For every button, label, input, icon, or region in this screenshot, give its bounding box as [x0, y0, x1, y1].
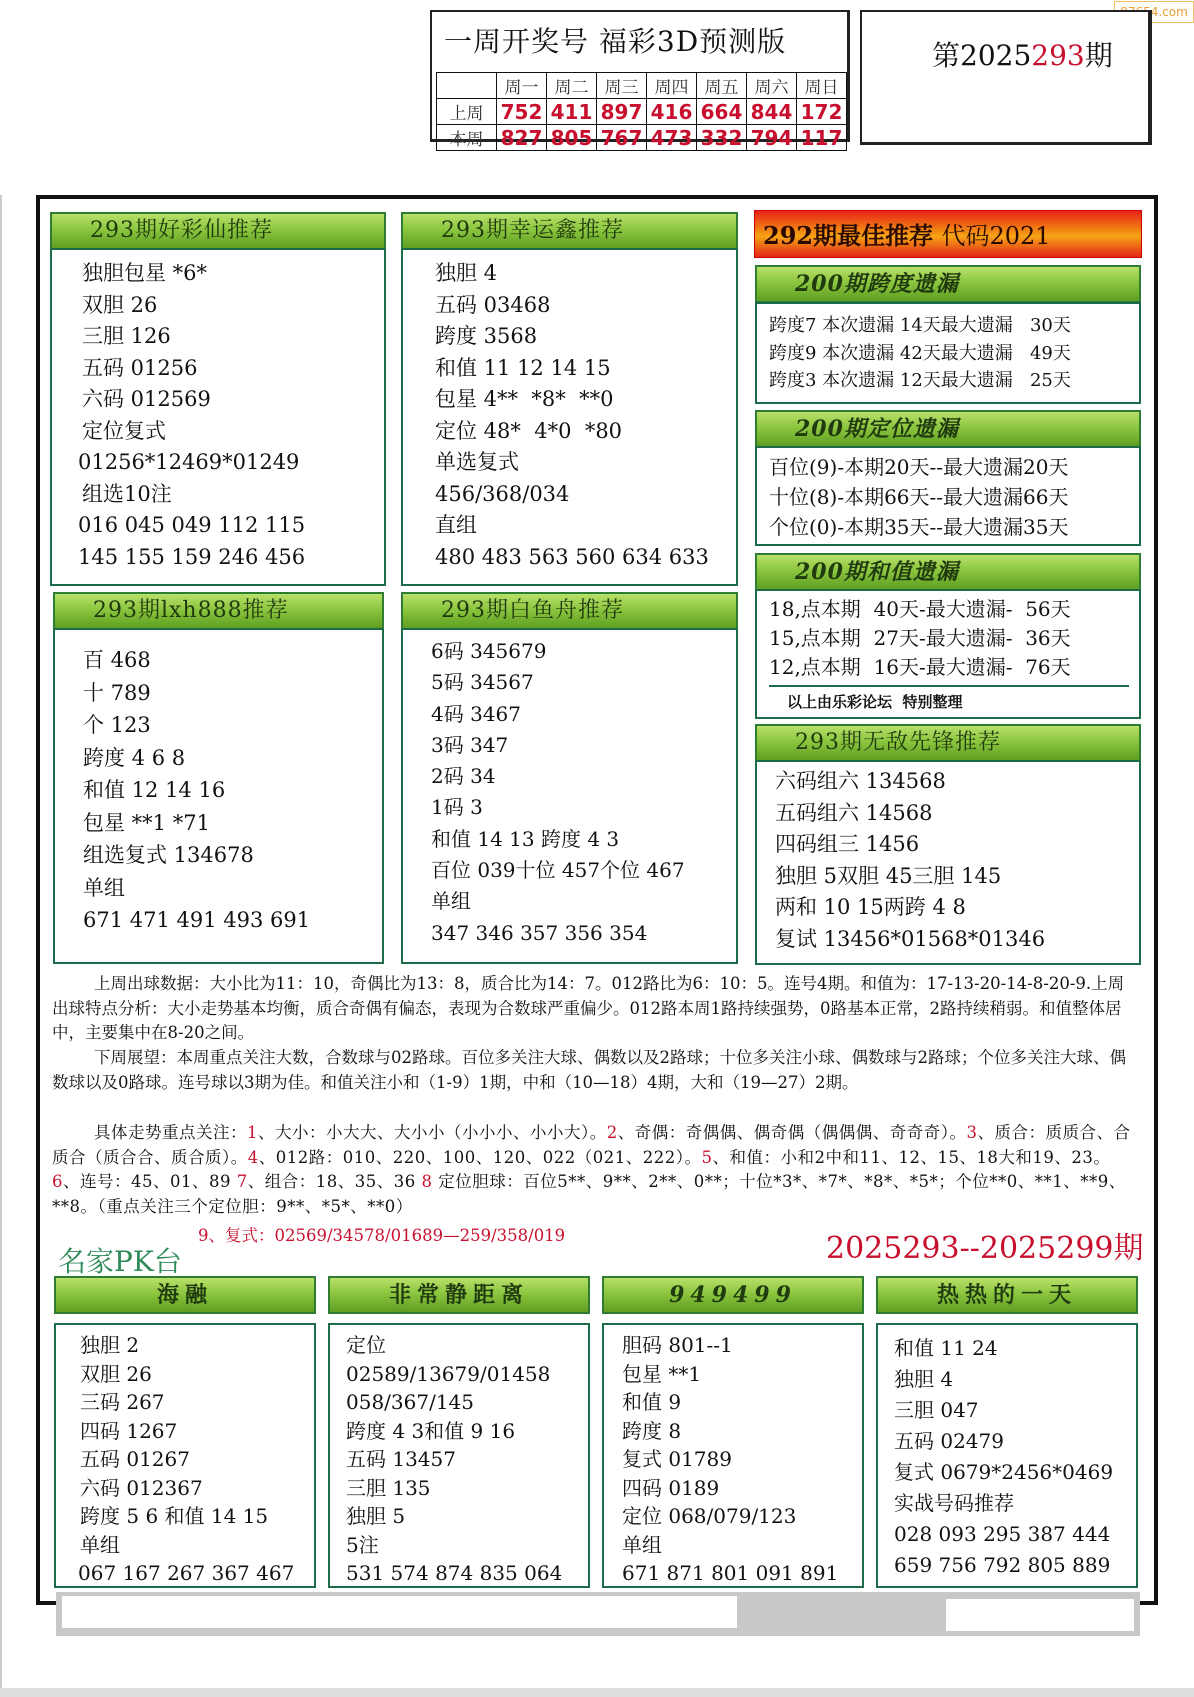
- rec-line: 实战号码推荐: [894, 1488, 1120, 1519]
- pk-expert-body: 独胆 2 双胆 26 三码 267 四码 1267 五码 01267 六码 01…: [54, 1323, 316, 1588]
- day-cell: 周六: [747, 73, 797, 99]
- rec-line: 跨度 3568: [435, 321, 712, 353]
- rec-line: 双胆 26: [82, 290, 360, 322]
- rec-line: 四码 0189: [622, 1474, 844, 1503]
- rec-line: 六码组六 134568: [775, 766, 1121, 798]
- panel-lxh888-header: 293期lxh888推荐: [53, 592, 384, 630]
- analysis-last-week: 上周出球数据：大小比为11：10，奇偶比为13：8，质合比为14：7。012路比…: [52, 972, 1132, 1046]
- rec-line: 三码 267: [80, 1388, 290, 1417]
- rec-line: 百位 039十位 457个位 467: [431, 855, 708, 886]
- row-label: 上周: [437, 99, 497, 125]
- draw-number: 473: [647, 125, 697, 151]
- draw-number: 172: [797, 99, 847, 125]
- draw-number: 827: [497, 125, 547, 151]
- issue-suffix: 期: [1085, 39, 1113, 72]
- miss-line: 十位(8)-本期66天--最大遗漏66天: [769, 482, 1127, 512]
- focus-item-text: 、奇偶：奇偶偶、偶奇偶（偶偶偶、奇奇奇）。: [618, 1123, 967, 1142]
- footer-blank-right: [946, 1599, 1134, 1631]
- focus-item-text: 、连号：45、01、89: [63, 1172, 237, 1191]
- span-miss-body: 跨度7 本次遗漏 14天最大遗漏 30天 跨度9 本次遗漏 42天最大遗漏 49…: [755, 302, 1141, 404]
- draw-number: 411: [547, 99, 597, 125]
- rec-line: 定位复式: [82, 416, 360, 448]
- weekly-draw-box: 一周开奖号 福彩3D预测版 周一 周二 周三 周四 周五 周六 周日 上周 75…: [430, 10, 850, 142]
- focus-item-num: 2: [607, 1123, 618, 1142]
- rec-line: 671 471 491 493 691: [83, 904, 354, 937]
- rec-line: 跨度 4 6 8: [83, 742, 354, 775]
- day-cell: 周三: [597, 73, 647, 99]
- analysis-focus: 具体走势重点关注：1、大小：小大大、大小小（小小小、小小大）。2、奇偶：奇偶偶、…: [52, 1121, 1132, 1219]
- corner-cell: [437, 73, 497, 99]
- rec-line: 跨度 5 6 和值 14 15: [80, 1502, 290, 1531]
- rec-line: 3码 347: [431, 730, 708, 761]
- pos-miss-header: 200期定位遗漏: [755, 410, 1141, 448]
- rec-line: 671 871 801 091 891: [622, 1559, 844, 1588]
- page-bottom-edge: [0, 1688, 1194, 1697]
- rec-line: 独胆 5双胆 45三胆 145: [775, 861, 1121, 893]
- day-cell: 周二: [547, 73, 597, 99]
- draw-number: 117: [797, 125, 847, 151]
- panel-wudi-body: 六码组六 134568 五码组六 14568 四码组三 1456 独胆 5双胆 …: [755, 760, 1141, 965]
- miss-line: 跨度3 本次遗漏 12天最大遗漏 25天: [769, 367, 1127, 395]
- panel-lxh888-body: 百 468 十 789 个 123 跨度 4 6 8 和值 12 14 16 包…: [53, 628, 384, 964]
- rec-line: 个 123: [83, 709, 354, 742]
- pk-expert-body: 胆码 801--1 包星 **1 和值 9 跨度 8 复式 01789 四码 0…: [602, 1323, 864, 1588]
- focus-item-num: 7: [237, 1172, 248, 1191]
- rec-line: 347 346 357 356 354: [431, 918, 708, 949]
- rec-line: 028 093 295 387 444: [894, 1519, 1120, 1550]
- draw-number: 752: [497, 99, 547, 125]
- focus-item-text: 、和值：小和2中和11、12、15、18大和19、23。: [712, 1148, 1110, 1167]
- focus-item-num: 6: [52, 1172, 63, 1191]
- rec-line: 包星 **1 *71: [83, 807, 354, 840]
- rec-line: 145 155 159 246 456: [78, 542, 360, 574]
- rec-line: 五码 02479: [894, 1426, 1120, 1457]
- rec-line: 三胆 135: [346, 1474, 572, 1503]
- fushi-line: 9、复式：02569/34578/01689—259/358/019: [198, 1222, 565, 1246]
- focus-item-text: 、012路：010、220、100、120、022（021、222）。: [259, 1148, 702, 1167]
- best-recommend-title: 292期最佳推荐: [763, 221, 933, 250]
- rec-line: 和值 11 12 14 15: [435, 353, 712, 385]
- footer-blank-left: [62, 1596, 737, 1628]
- rec-line: 6码 345679: [431, 636, 708, 667]
- rec-line: 胆码 801--1: [622, 1331, 844, 1360]
- rec-line: 三胆 126: [82, 321, 360, 353]
- pk-section-title: 名家PK台: [58, 1240, 182, 1280]
- rec-line: 和值 9: [622, 1388, 844, 1417]
- rec-line: 定位 068/079/123: [622, 1502, 844, 1531]
- period-range: 2025293--2025299期: [826, 1223, 1144, 1267]
- rec-line: 5码 34567: [431, 667, 708, 698]
- weekly-draw-table: 周一 周二 周三 周四 周五 周六 周日 上周 752 411 897 416 …: [436, 72, 847, 151]
- issue-number: 293: [1031, 39, 1084, 72]
- miss-line: 跨度9 本次遗漏 42天最大遗漏 49天: [769, 340, 1127, 368]
- rec-line: 和值 14 13 跨度 4 3: [431, 824, 708, 855]
- rec-line: 三胆 047: [894, 1395, 1120, 1426]
- rec-line: 五码 01267: [80, 1445, 290, 1474]
- panel-haocaixian-body: 独胆包星 *6* 双胆 26 三胆 126 五码 01256 六码 012569…: [50, 248, 386, 586]
- pk-expert-body: 和值 11 24 独胆 4 三胆 047 五码 02479 复式 0679*24…: [876, 1323, 1138, 1588]
- panel-xingyunxin-body: 独胆 4 五码 03468 跨度 3568 和值 11 12 14 15 包星 …: [401, 248, 738, 586]
- rec-line: 五码组六 14568: [775, 798, 1121, 830]
- best-recommend-header: 292期最佳推荐 代码2021: [754, 210, 1142, 258]
- miss-line: 跨度7 本次遗漏 14天最大遗漏 30天: [769, 312, 1127, 340]
- rec-line: 480 483 563 560 634 633: [435, 542, 712, 574]
- rec-line: 六码 012367: [80, 1474, 290, 1503]
- last-week-row: 上周 752 411 897 416 664 844 172: [437, 99, 847, 125]
- day-cell: 周日: [797, 73, 847, 99]
- rec-line: 复试 13456*01568*01346: [775, 924, 1121, 956]
- rec-line: 双胆 26: [80, 1360, 290, 1389]
- rec-line: 复式 01789: [622, 1445, 844, 1474]
- rec-line: 1码 3: [431, 792, 708, 823]
- day-cell: 周四: [647, 73, 697, 99]
- panel-baiyuzhou-body: 6码 345679 5码 34567 4码 3467 3码 347 2码 34 …: [401, 628, 738, 964]
- header-title: 一周开奖号 福彩3D预测版: [444, 20, 786, 60]
- rec-line: 016 045 049 112 115: [78, 510, 360, 542]
- focus-item-num: 4: [248, 1148, 259, 1167]
- rec-line: 058/367/145: [346, 1388, 572, 1417]
- focus-item-num: 1: [247, 1123, 258, 1142]
- rec-line: 5注: [346, 1531, 572, 1560]
- rec-line: 独胆 2: [80, 1331, 290, 1360]
- draw-number: 416: [647, 99, 697, 125]
- row-label: 本周: [437, 125, 497, 151]
- divider: [769, 685, 1129, 687]
- issue-prefix: 第2025: [932, 39, 1031, 72]
- panel-wudi-header: 293期无敌先锋推荐: [755, 724, 1141, 762]
- this-week-row: 本周 827 805 767 473 332 794 117: [437, 125, 847, 151]
- rec-line: 五码 03468: [435, 290, 712, 322]
- credit-note: 以上由乐彩论坛 特别整理: [769, 691, 1127, 712]
- rec-line: 独胆 4: [894, 1364, 1120, 1395]
- rec-line: 四码 1267: [80, 1417, 290, 1446]
- rec-line: 单组: [431, 886, 708, 917]
- miss-line: 12,点本期 16天-最大遗漏- 76天: [769, 653, 1127, 682]
- best-recommend-code: 代码2021: [941, 222, 1050, 250]
- rec-line: 531 574 874 835 064: [346, 1559, 572, 1588]
- rec-line: 包星 4** *8* **0: [435, 384, 712, 416]
- focus-item-num: 3: [967, 1123, 978, 1142]
- draw-number: 805: [547, 125, 597, 151]
- miss-line: 百位(9)-本期20天--最大遗漏20天: [769, 452, 1127, 482]
- rec-line: 定位 48* 4*0 *80: [435, 416, 712, 448]
- pk-expert-header: 949499: [602, 1276, 864, 1314]
- rec-line: 和值 12 14 16: [83, 774, 354, 807]
- rec-line: 五码 01256: [82, 353, 360, 385]
- draw-number: 897: [597, 99, 647, 125]
- draw-number: 794: [747, 125, 797, 151]
- pk-expert-body: 定位 02589/13679/01458 058/367/145 跨度 4 3和…: [328, 1323, 590, 1588]
- rec-line: 4码 3467: [431, 699, 708, 730]
- rec-line: 四码组三 1456: [775, 829, 1121, 861]
- draw-number: 767: [597, 125, 647, 151]
- rec-line: 单组: [622, 1531, 844, 1560]
- issue-label: 第2025293期: [932, 34, 1113, 74]
- focus-item-text: 、大小：小大大、大小小（小小小、小小大）。: [258, 1123, 607, 1142]
- rec-line: 组选复式 134678: [83, 839, 354, 872]
- rec-line: 和值 11 24: [894, 1333, 1120, 1364]
- rec-line: 659 756 792 805 889: [894, 1550, 1120, 1581]
- focus-item-num: 5: [701, 1148, 712, 1167]
- rec-line: 独胆包星 *6*: [82, 258, 360, 290]
- rec-line: 跨度 8: [622, 1417, 844, 1446]
- rec-line: 定位: [346, 1331, 572, 1360]
- day-cell: 周五: [697, 73, 747, 99]
- rec-line: 两和 10 15两跨 4 8: [775, 892, 1121, 924]
- rec-line: 单组: [83, 872, 354, 905]
- rec-line: 跨度 4 3和值 9 16: [346, 1417, 572, 1446]
- rec-line: 组选10注: [82, 479, 360, 511]
- panel-xingyunxin-header: 293期幸运鑫推荐: [401, 212, 738, 250]
- rec-line: 456/368/034: [435, 479, 712, 511]
- miss-line: 18,点本期 40天-最大遗漏- 56天: [769, 595, 1127, 624]
- panel-haocaixian-header: 293期好彩仙推荐: [50, 212, 386, 250]
- page-edge: [0, 195, 2, 1695]
- sum-miss-header: 200期和值遗漏: [755, 553, 1141, 591]
- pk-expert-header: 非常静距离: [328, 1276, 590, 1314]
- sum-miss-body: 18,点本期 40天-最大遗漏- 56天 15,点本期 27天-最大遗漏- 36…: [755, 589, 1141, 719]
- draw-number: 664: [697, 99, 747, 125]
- focus-item-num: 8: [421, 1172, 432, 1191]
- rec-line: 单组: [80, 1531, 290, 1560]
- focus-intro: 具体走势重点关注：: [94, 1123, 247, 1142]
- rec-line: 01256*12469*01249: [78, 447, 360, 479]
- rec-line: 五码 13457: [346, 1445, 572, 1474]
- rec-line: 十 789: [83, 677, 354, 710]
- issue-box: 第2025293期: [860, 10, 1152, 145]
- pk-expert-header: 热热的一天: [876, 1276, 1138, 1314]
- span-miss-header: 200期跨度遗漏: [755, 265, 1141, 303]
- miss-line: 15,点本期 27天-最大遗漏- 36天: [769, 624, 1127, 653]
- pk-expert-header: 海融: [54, 1276, 316, 1314]
- focus-item-text: 、组合：18、35、36: [248, 1172, 422, 1191]
- day-cell: 周一: [497, 73, 547, 99]
- rec-line: 2码 34: [431, 761, 708, 792]
- rec-line: 包星 **1: [622, 1360, 844, 1389]
- draw-number: 332: [697, 125, 747, 151]
- rec-line: 复式 0679*2456*0469: [894, 1457, 1120, 1488]
- panel-baiyuzhou-header: 293期白鱼舟推荐: [401, 592, 738, 630]
- rec-line: 直组: [435, 510, 712, 542]
- rec-line: 百 468: [83, 644, 354, 677]
- rec-line: 单选复式: [435, 447, 712, 479]
- analysis-outlook: 下周展望：本周重点关注大数，合数球与02路球。百位多关注大球、偶数以及2路球；十…: [52, 1046, 1132, 1095]
- draw-number: 844: [747, 99, 797, 125]
- rec-line: 067 167 267 367 467: [78, 1559, 290, 1588]
- rec-line: 独胆 4: [435, 258, 712, 290]
- rec-line: 02589/13679/01458: [346, 1360, 572, 1389]
- miss-line: 个位(0)-本期35天--最大遗漏35天: [769, 512, 1127, 542]
- day-header-row: 周一 周二 周三 周四 周五 周六 周日: [437, 73, 847, 99]
- pos-miss-body: 百位(9)-本期20天--最大遗漏20天 十位(8)-本期66天--最大遗漏66…: [755, 446, 1141, 546]
- rec-line: 六码 012569: [82, 384, 360, 416]
- rec-line: 独胆 5: [346, 1502, 572, 1531]
